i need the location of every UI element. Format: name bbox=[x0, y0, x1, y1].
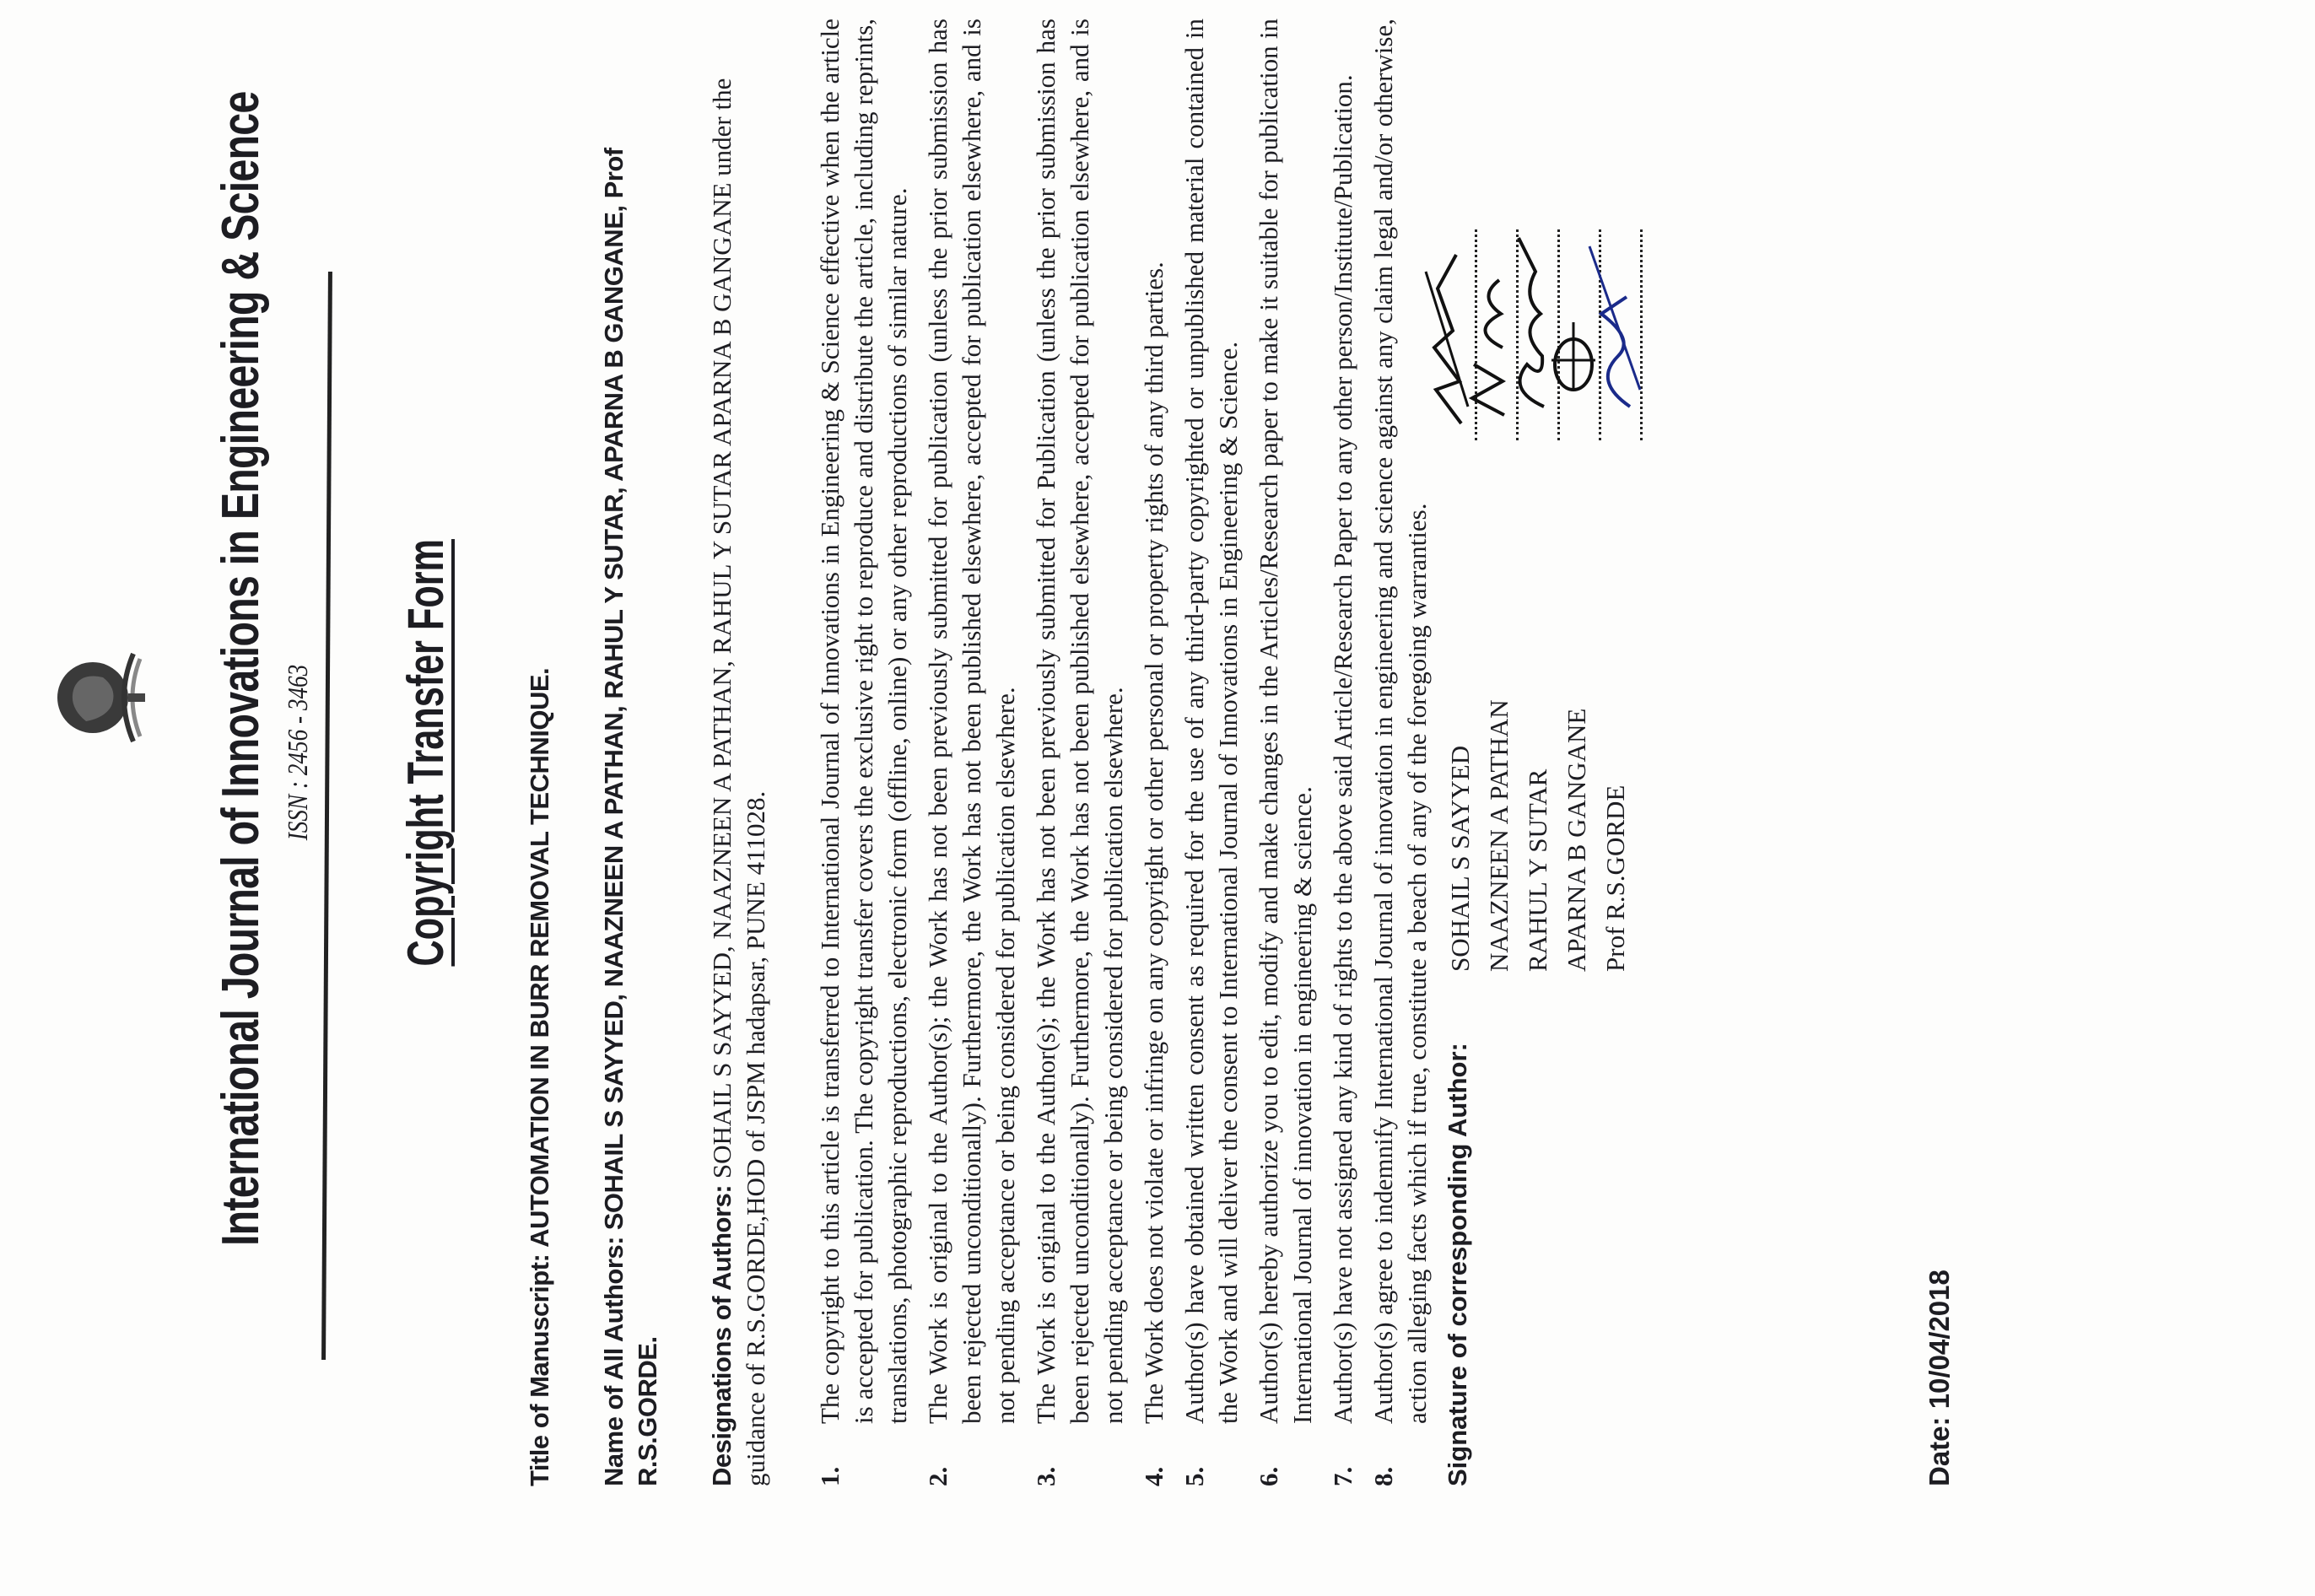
manuscript-title-label: Title of Manuscript: bbox=[525, 1254, 554, 1486]
manuscript-title-line: Title of Manuscript: AUTOMATION IN BURR … bbox=[523, 19, 557, 1486]
date-value: 10/04/2018 bbox=[1924, 1270, 1955, 1409]
term-number: 6. bbox=[1252, 1467, 1286, 1486]
term-item: 3.The Work is original to the Author(s);… bbox=[1029, 19, 1131, 1486]
term-text: The Work is original to the Author(s); t… bbox=[923, 19, 1020, 1424]
term-text: The copyright to this article is transfe… bbox=[815, 19, 912, 1424]
term-number: 8. bbox=[1367, 1467, 1400, 1486]
issn-number: ISSN : 2456 - 3463 bbox=[283, 246, 315, 1259]
signatory-name: APARNA B GANGANE bbox=[1557, 699, 1596, 972]
scanned-document-frame: International Journal of Innovations in … bbox=[0, 0, 2315, 1596]
term-text: Author(s) have not assigned any kind of … bbox=[1328, 74, 1357, 1424]
term-number: 4. bbox=[1137, 1467, 1171, 1486]
designations-line: Designations of Authors: SOHAIL S SAYYED… bbox=[705, 19, 773, 1486]
term-item: 7.Author(s) have not assigned any kind o… bbox=[1326, 19, 1360, 1486]
signatory-names: SOHAIL S SAYYED NAAZNEEN A PATHAN RAHUL … bbox=[1441, 699, 1635, 972]
terms-list: 1.The copyright to this article is trans… bbox=[813, 19, 1434, 1486]
term-number: 2. bbox=[921, 1467, 955, 1486]
term-item: 1.The copyright to this article is trans… bbox=[813, 19, 915, 1486]
signatory-name: RAHUL Y SUTAR bbox=[1519, 699, 1557, 972]
journal-name: International Journal of Innovations in … bbox=[211, 259, 271, 1246]
term-item: 2.The Work is original to the Author(s);… bbox=[921, 19, 1023, 1486]
designations-label: Designations of Authors: bbox=[707, 1185, 737, 1486]
term-number: 3. bbox=[1029, 1467, 1063, 1486]
copyright-transfer-page: International Journal of Innovations in … bbox=[0, 0, 2315, 1596]
signature-line bbox=[1606, 229, 1643, 440]
all-authors-label: Name of All Authors: bbox=[599, 1237, 629, 1486]
signatory-name: NAAZNEEN A PATHAN bbox=[1480, 699, 1519, 972]
term-number: 7. bbox=[1326, 1467, 1360, 1486]
signature-heading: Signature of corresponding Author: bbox=[1441, 980, 1475, 1486]
term-number: 5. bbox=[1178, 1467, 1211, 1486]
manuscript-title-value: AUTOMATION IN BURR REMOVAL TECHNIQUE. bbox=[525, 668, 554, 1248]
handwritten-signature-icon bbox=[1584, 221, 1643, 440]
journal-logo-icon bbox=[34, 647, 169, 748]
signature-lines bbox=[1441, 229, 1648, 440]
term-text: The Work does not violate or infringe on… bbox=[1139, 262, 1168, 1424]
term-number: 1. bbox=[813, 1467, 847, 1486]
term-item: 4.The Work does not violate or infringe … bbox=[1137, 19, 1171, 1486]
form-title-text: Copyright Transfer Form bbox=[397, 539, 455, 966]
signature-block: Signature of corresponding Author: SOHAI… bbox=[1441, 19, 1475, 1486]
term-text: The Work is original to the Author(s); t… bbox=[1031, 19, 1128, 1424]
signatory-name: SOHAIL S SAYYED bbox=[1441, 699, 1480, 972]
term-item: 5.Author(s) have obtained written consen… bbox=[1178, 19, 1245, 1486]
date-line: Date: 10/04/2018 bbox=[1924, 1270, 1956, 1486]
all-authors-line: Name of All Authors: SOHAIL S SAYYED, NA… bbox=[597, 19, 665, 1486]
term-text: Author(s) have obtained written consent … bbox=[1179, 19, 1243, 1424]
signatory-name: Prof R.S.GORDE bbox=[1596, 699, 1635, 972]
date-label: Date: bbox=[1924, 1416, 1955, 1486]
header-divider bbox=[321, 272, 332, 1360]
term-text: Author(s) hereby authorize you to edit, … bbox=[1254, 19, 1317, 1424]
document-body: Title of Manuscript: AUTOMATION IN BURR … bbox=[523, 19, 1475, 1486]
term-item: 6.Author(s) hereby authorize you to edit… bbox=[1252, 19, 1319, 1486]
form-title: Copyright Transfer Form bbox=[397, 120, 455, 1385]
